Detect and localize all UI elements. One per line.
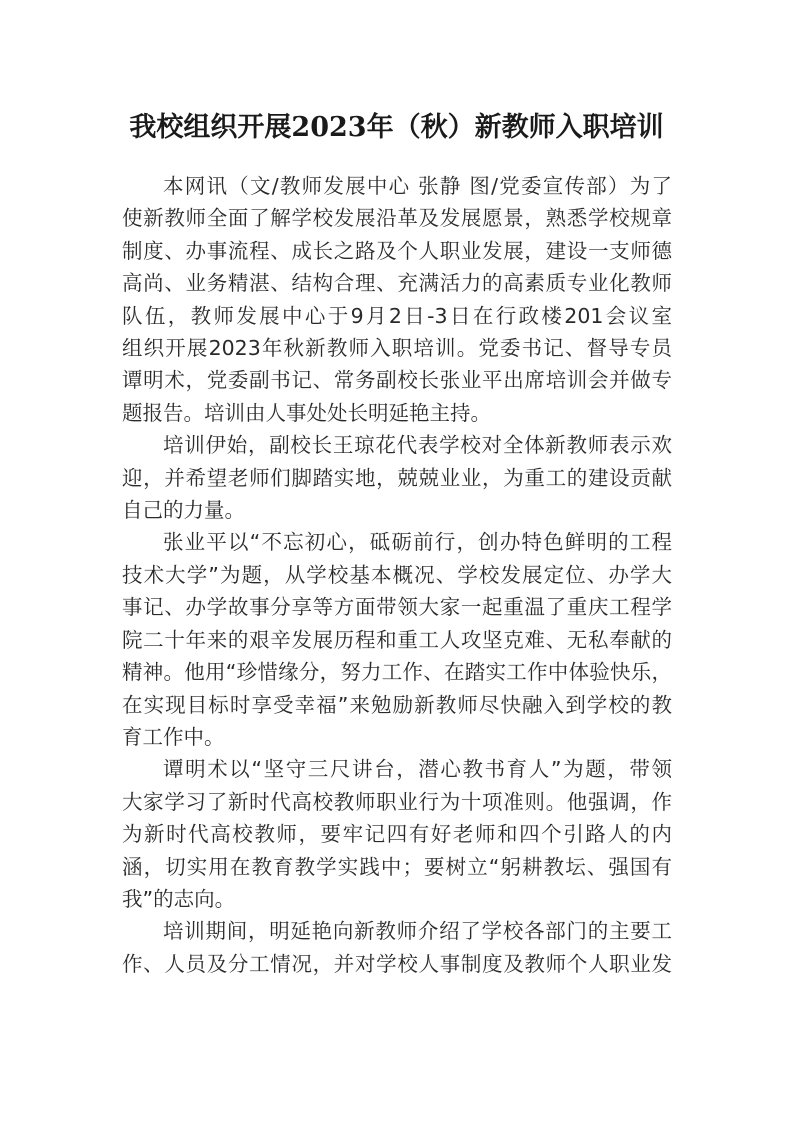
paragraph-2: 培训伊始，副校长王琼花代表学校对全体新教师表示欢 迎，并希望老师们脚踏实地，兢兢… [122,429,672,526]
text-line: 谭明术，党委副书记、常务副校长张业平出席培训会并做专 [122,364,672,396]
paragraph-5: 培训期间，明延艳向新教师介绍了学校各部门的主要工 作、人员及分工情况，并对学校人… [122,915,672,980]
text-line: 组织开展2023年秋新教师入职培训。党委书记、督导专员 [122,332,672,364]
text-line: 制度、办事流程、成长之路及个人职业发展，建设一支师德 [122,235,672,267]
text-line: 作、人员及分工情况，并对学校人事制度及教师个人职业发 [122,948,672,980]
article-body: 本网讯（文/教师发展中心 张静 图/党委宣传部）为了 使新教师全面了解学校发展沿… [122,170,672,980]
text-line: 我”的志向。 [122,883,672,915]
text-line: 大家学习了新时代高校教师职业行为十项准则。他强调，作 [122,786,672,818]
paragraph-3: 张业平以“不忘初心，砥砺前行，创办特色鲜明的工程 技术大学”为题，从学校基本概况… [122,526,672,753]
paragraph-4: 谭明术以“坚守三尺讲台，潜心教书育人”为题，带领 大家学习了新时代高校教师职业行… [122,753,672,915]
text-line: 培训期间，明延艳向新教师介绍了学校各部门的主要工 [122,915,672,947]
text-line: 精神。他用“珍惜缘分，努力工作、在踏实工作中体验快乐， [122,656,672,688]
text-line: 事记、办学故事分享等方面带领大家一起重温了重庆工程学 [122,591,672,623]
text-line: 涵，切实用在教育教学实践中；要树立“躬耕教坛、强国有 [122,851,672,883]
article-title: 我校组织开展2023年（秋）新教师入职培训 [0,110,793,146]
text-line: 在实现目标时享受幸福”来勉励新教师尽快融入到学校的教 [122,689,672,721]
text-line: 院二十年来的艰辛发展历程和重工人攻坚克难、无私奉献的 [122,624,672,656]
document-page: 我校组织开展2023年（秋）新教师入职培训 本网讯（文/教师发展中心 张静 图/… [0,0,793,1122]
text-line: 培训伊始，副校长王琼花代表学校对全体新教师表示欢 [122,429,672,461]
text-line: 为新时代高校教师，要牢记四有好老师和四个引路人的内 [122,818,672,850]
text-line: 迎，并希望老师们脚踏实地，兢兢业业，为重工的建设贡献 [122,462,672,494]
text-line: 高尚、业务精湛、结构合理、充满活力的高素质专业化教师 [122,267,672,299]
text-line: 育工作中。 [122,721,672,753]
paragraph-1: 本网讯（文/教师发展中心 张静 图/党委宣传部）为了 使新教师全面了解学校发展沿… [122,170,672,429]
text-line: 技术大学”为题，从学校基本概况、学校发展定位、办学大 [122,559,672,591]
text-line: 使新教师全面了解学校发展沿革及发展愿景，熟悉学校规章 [122,202,672,234]
text-line: 自己的力量。 [122,494,672,526]
text-line: 谭明术以“坚守三尺讲台，潜心教书育人”为题，带领 [122,753,672,785]
text-line: 题报告。培训由人事处处长明延艳主持。 [122,397,672,429]
text-line: 本网讯（文/教师发展中心 张静 图/党委宣传部）为了 [122,170,672,202]
text-line: 队伍，教师发展中心于9月2日-3日在行政楼201会议室 [122,300,672,332]
text-line: 张业平以“不忘初心，砥砺前行，创办特色鲜明的工程 [122,526,672,558]
